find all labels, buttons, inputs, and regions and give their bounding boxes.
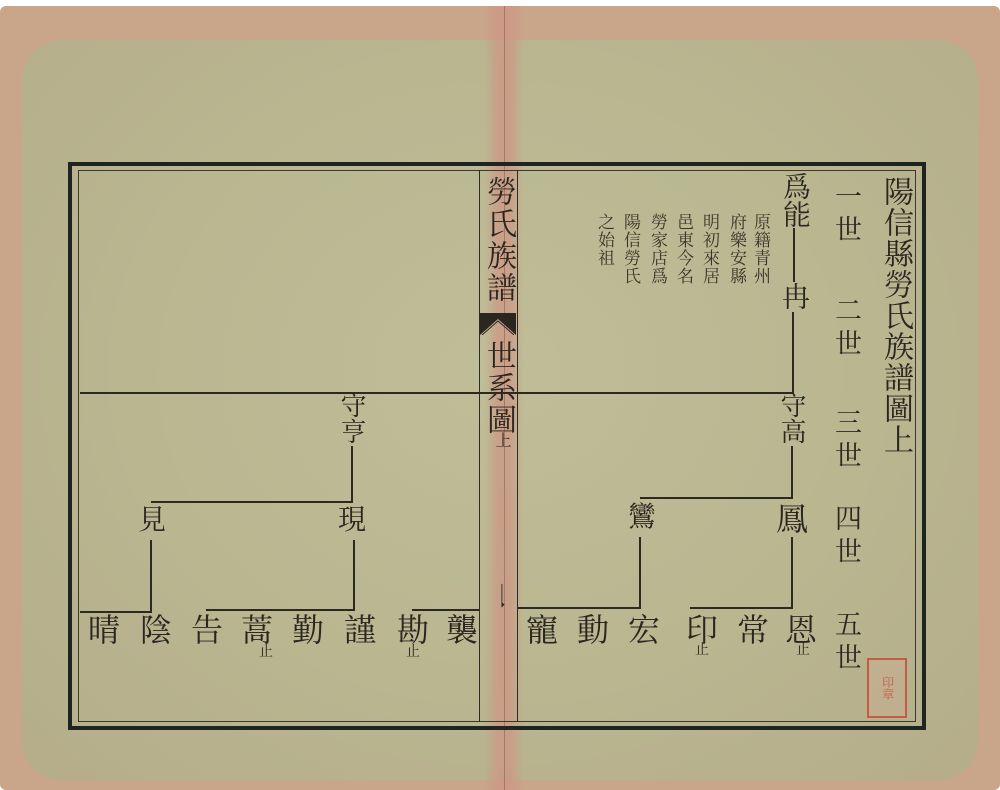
lineage-line bbox=[206, 609, 355, 611]
lineage-line bbox=[151, 501, 353, 503]
person-gen5: 襲 bbox=[442, 614, 482, 646]
fishtail-mark-icon bbox=[480, 313, 516, 335]
person-gen4-jian: 見 bbox=[132, 506, 172, 534]
generation-label-4: 四世 bbox=[832, 504, 859, 570]
ancestor-note-line-2: 府樂安縣 bbox=[727, 213, 744, 285]
person-gen5: 宏 bbox=[624, 614, 664, 646]
ancestor-note-line-7: 之始祖 bbox=[595, 213, 612, 267]
section-title: 世系圖 bbox=[483, 340, 513, 436]
generation-label-1: 一世 bbox=[832, 182, 859, 248]
page-title: 陽信縣勞氏族譜圖上 bbox=[880, 176, 910, 455]
line-ended-mark: 止 bbox=[783, 639, 823, 659]
lineage-line bbox=[639, 537, 641, 609]
lineage-line bbox=[150, 540, 152, 612]
section-suffix: 上 bbox=[494, 432, 510, 448]
person-gen4-luan: 鸞 bbox=[622, 503, 662, 531]
book-title: 勞氏族譜 bbox=[483, 176, 513, 304]
spine-right-line bbox=[517, 170, 518, 722]
ancestor-note-line-3: 明初來居 bbox=[700, 213, 717, 285]
person-gen2: 冉 bbox=[780, 282, 808, 310]
person-gen5: 告 bbox=[187, 614, 227, 646]
person-gen5: 陰 bbox=[136, 614, 176, 646]
generation-label-5: 五世 bbox=[832, 610, 859, 676]
line-ended-mark: 止 bbox=[682, 639, 722, 659]
red-seal-stamp: 印章 bbox=[867, 658, 907, 718]
person-gen3-shouheng: 守亨 bbox=[338, 392, 364, 444]
lineage-line bbox=[793, 228, 795, 282]
person-gen1: 爲能 bbox=[781, 172, 809, 228]
lineage-line bbox=[791, 446, 793, 498]
generation-label-3: 三世 bbox=[832, 408, 859, 474]
lineage-line bbox=[353, 540, 355, 610]
lineage-line bbox=[640, 497, 793, 499]
person-gen5: 動 bbox=[573, 614, 613, 646]
ancestor-note-line-6: 陽信勞氏 bbox=[621, 213, 638, 285]
ancestor-note-line-4: 邑東今名 bbox=[674, 213, 691, 285]
person-gen5: 常 bbox=[733, 614, 773, 646]
person-gen5: 寵 bbox=[522, 614, 562, 646]
page-number: 一 bbox=[488, 580, 514, 606]
ancestor-note-line-1: 原籍青州 bbox=[751, 213, 768, 285]
line-ended-mark: 止 bbox=[246, 641, 286, 661]
person-gen5: 謹 bbox=[340, 614, 380, 646]
lineage-line bbox=[792, 312, 794, 394]
line-ended-mark: 止 bbox=[393, 641, 433, 661]
person-gen5: 勤 bbox=[288, 614, 328, 646]
lineage-line bbox=[690, 607, 793, 609]
generation-label-2: 二世 bbox=[832, 296, 859, 362]
person-gen4-xian: 現 bbox=[332, 506, 372, 534]
person-gen3-shougao: 守高 bbox=[778, 392, 804, 444]
lineage-line bbox=[791, 537, 793, 609]
person-gen5: 晴 bbox=[84, 614, 124, 646]
ancestor-note-line-5: 勞家店爲 bbox=[648, 213, 665, 285]
lineage-line bbox=[80, 392, 794, 394]
person-gen4-feng: 鳳 bbox=[772, 503, 812, 535]
lineage-line bbox=[351, 446, 353, 502]
lineage-line bbox=[518, 607, 641, 609]
